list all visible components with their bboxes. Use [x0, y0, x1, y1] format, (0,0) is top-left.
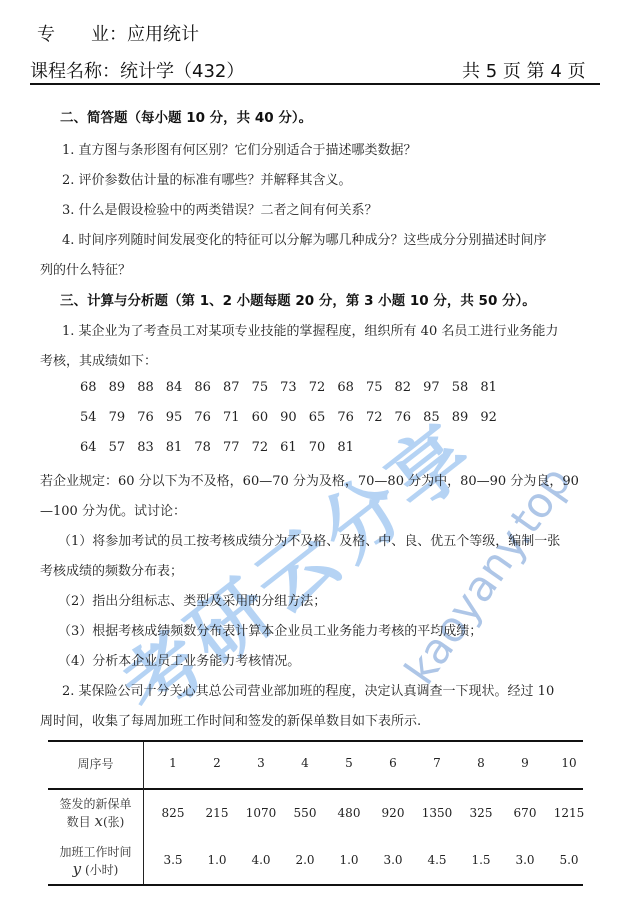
week-cell: 4	[283, 756, 327, 770]
score: 60	[252, 410, 281, 425]
score: 64	[80, 440, 109, 455]
sub-question-2: （2）指出分组标志、类型及采用的分组方法；	[58, 590, 326, 609]
x-value-cell: 920	[371, 806, 415, 820]
question-item: 3. 什么是假设检验中的两类错误？二者之间有何关系？	[62, 199, 378, 218]
table-header-rule	[48, 788, 583, 790]
score: 58	[452, 380, 481, 395]
y-value-cell: 4.0	[239, 853, 283, 867]
row-header-y: 加班工作时间 y (小时)	[48, 844, 143, 879]
y-value-cell: 1.0	[327, 853, 371, 867]
question-item: 4. 时间序列随时间发展变化的特征可以分解为哪几种成分？这些成分分别描述时间序	[62, 229, 547, 248]
score: 73	[280, 380, 309, 395]
score: 87	[223, 380, 252, 395]
score: 76	[194, 410, 223, 425]
row-header-y-line2: y (小时)	[48, 861, 143, 879]
q2-intro-cont: 周时间，收集了每周加班工作时间和签发的新保单数目如下表所示.	[40, 710, 421, 729]
x-value-cell: 1350	[415, 806, 459, 820]
question-item-cont: 列的什么特征？	[40, 259, 131, 278]
score: 83	[137, 440, 166, 455]
table-column-divider	[143, 742, 144, 884]
score: 89	[109, 380, 138, 395]
grading-rule-cont: —100 分为优。试讨论：	[40, 500, 186, 519]
x-value-cell: 1215	[547, 806, 591, 820]
y-unit: (小时)	[81, 863, 118, 877]
overtime-data-table: 周序号 签发的新保单 数目 x(张) 加班工作时间 y (小时) 1 2 3 4…	[48, 740, 583, 890]
score: 76	[395, 410, 424, 425]
section-title-calculation: 三、计算与分析题（第 1、2 小题每题 20 分，第 3 小题 10 分，共 5…	[60, 289, 536, 309]
x-value-cell: 825	[151, 806, 195, 820]
score: 81	[480, 380, 509, 395]
score: 76	[337, 410, 366, 425]
q1-intro: 1. 某企业为了考查员工对某项专业技能的掌握程度，组织所有 40 名员工进行业务…	[62, 320, 558, 339]
sub-question-4: （4）分析本企业员工业务能力考核情况。	[58, 650, 300, 669]
score: 85	[423, 410, 452, 425]
score-row-3: 64578381787772617081	[80, 440, 366, 455]
week-cell: 3	[239, 756, 283, 770]
score: 68	[80, 380, 109, 395]
q2-intro: 2. 某保险公司十分关心其总公司营业部加班的程度，决定认真调查一下现状。经过 1…	[62, 680, 554, 699]
sub-question-1: （1）将参加考试的员工按考核成绩分为不及格、及格、中、良、优五个等级，编制一张	[58, 530, 560, 549]
x-value-cell: 670	[503, 806, 547, 820]
table-bottom-rule	[48, 884, 583, 886]
score-row-2: 547976957671609065767276858992	[80, 410, 509, 425]
week-cell: 6	[371, 756, 415, 770]
row-header-week: 周序号	[48, 756, 143, 773]
score: 68	[337, 380, 366, 395]
score: 89	[452, 410, 481, 425]
major-label: 专 业：应用统计	[37, 20, 199, 46]
y-value-cell: 3.0	[503, 853, 547, 867]
score: 97	[423, 380, 452, 395]
score: 70	[309, 440, 338, 455]
x-value-cell: 325	[459, 806, 503, 820]
y-value-cell: 1.5	[459, 853, 503, 867]
row-header-x: 签发的新保单 数目 x(张)	[48, 796, 143, 831]
score: 72	[309, 380, 338, 395]
sub-question-3: （3）根据考核成绩频数分布表计算本企业员工业务能力考核的平均成绩；	[58, 620, 482, 639]
score: 61	[280, 440, 309, 455]
score: 88	[137, 380, 166, 395]
score: 75	[366, 380, 395, 395]
x-value-cell: 1070	[239, 806, 283, 820]
score: 76	[137, 410, 166, 425]
q1-intro-cont: 考核，其成绩如下：	[40, 350, 157, 369]
score: 77	[223, 440, 252, 455]
score: 82	[395, 380, 424, 395]
week-cell: 1	[151, 756, 195, 770]
score: 78	[194, 440, 223, 455]
score: 86	[194, 380, 223, 395]
score: 81	[337, 440, 366, 455]
score: 92	[480, 410, 509, 425]
y-value-cell: 3.5	[151, 853, 195, 867]
score: 72	[366, 410, 395, 425]
y-value-cell: 3.0	[371, 853, 415, 867]
y-value-cell: 4.5	[415, 853, 459, 867]
x-value-cell: 215	[195, 806, 239, 820]
score-row-1: 688988848687757372687582975881	[80, 380, 509, 395]
week-cell: 9	[503, 756, 547, 770]
score: 71	[223, 410, 252, 425]
question-item: 1. 直方图与条形图有何区别？它们分别适合于描述哪类数据？	[62, 139, 417, 158]
score: 79	[109, 410, 138, 425]
week-cell: 5	[327, 756, 371, 770]
week-cell: 8	[459, 756, 503, 770]
y-value-cell: 5.0	[547, 853, 591, 867]
course-name: 课程名称：统计学（432）	[30, 57, 244, 83]
score: 84	[166, 380, 195, 395]
score: 95	[166, 410, 195, 425]
header-rule	[30, 83, 600, 85]
x-value-cell: 550	[283, 806, 327, 820]
page-info: 共 5 页 第 4 页	[462, 57, 586, 83]
row-header-x-line1: 签发的新保单	[48, 796, 143, 813]
x-value-cell: 480	[327, 806, 371, 820]
x-unit: (张)	[103, 815, 124, 829]
row-header-x-line2: 数目 x(张)	[48, 813, 143, 831]
week-cell: 2	[195, 756, 239, 770]
question-item: 2. 评价参数估计量的标准有哪些？并解释其含义。	[62, 169, 352, 188]
y-value-cell: 1.0	[195, 853, 239, 867]
sub-question-1-cont: 考核成绩的频数分布表；	[40, 560, 183, 579]
week-cell: 7	[415, 756, 459, 770]
score: 75	[252, 380, 281, 395]
table-top-rule	[48, 740, 583, 742]
row-header-y-line1: 加班工作时间	[48, 844, 143, 861]
y-variable: y	[73, 860, 81, 878]
score: 57	[109, 440, 138, 455]
watermark-site: kaoyany.top	[395, 458, 580, 694]
score: 72	[252, 440, 281, 455]
week-cell: 10	[547, 756, 591, 770]
y-value-cell: 2.0	[283, 853, 327, 867]
x-prefix: 数目	[67, 815, 95, 829]
x-variable: x	[94, 812, 102, 830]
score: 81	[166, 440, 195, 455]
grading-rule: 若企业规定：60 分以下为不及格，60—70 分为及格，70—80 分为中，80…	[40, 470, 579, 489]
score: 65	[309, 410, 338, 425]
score: 54	[80, 410, 109, 425]
section-title-short-answer: 二、简答题（每小题 10 分，共 40 分）。	[60, 106, 312, 126]
score: 90	[280, 410, 309, 425]
